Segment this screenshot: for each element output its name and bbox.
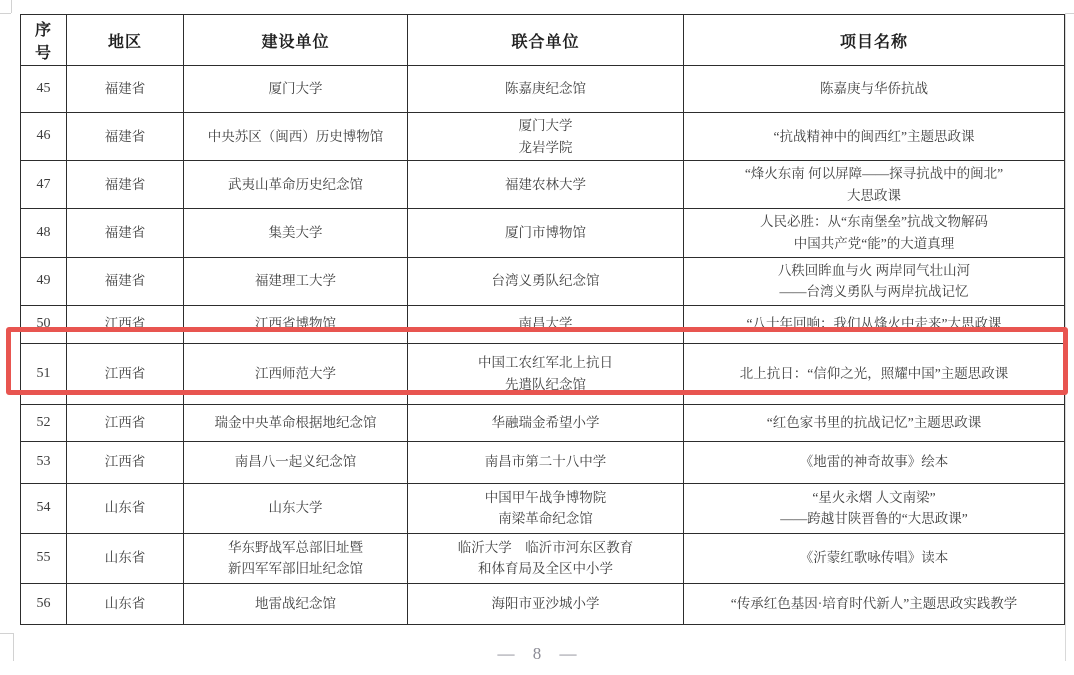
project-cell: “抗战精神中的闽西红”主题思政课 bbox=[684, 113, 1065, 161]
table-row: 47 福建省 武夷山革命历史纪念馆 福建农林大学 “烽火东南 何以屏障——探寻抗… bbox=[21, 161, 1065, 209]
partner-cell: 南昌大学 bbox=[408, 305, 684, 343]
region-cell: 山东省 bbox=[67, 533, 184, 583]
builder-cell: 江西省博物馆 bbox=[184, 305, 408, 343]
partner-cell: 中国甲午战争博物院 南梁革命纪念馆 bbox=[408, 483, 684, 533]
table-header-row: 序号 地区 建设单位 联合单位 项目名称 bbox=[21, 15, 1065, 66]
project-cell: “八十年回响：我们从烽火中走来”大思政课 bbox=[684, 305, 1065, 343]
table-row: 49 福建省 福建理工大学 台湾义勇队纪念馆 八秩回眸血与火 两岸同气壮山河 —… bbox=[21, 257, 1065, 305]
region-cell: 山东省 bbox=[67, 483, 184, 533]
header-builder: 建设单位 bbox=[184, 15, 408, 66]
crop-mark-top-left-h bbox=[0, 13, 11, 14]
text-boundary-right-line bbox=[1065, 13, 1066, 661]
row-number-cell: 49 bbox=[21, 257, 67, 305]
row-number-cell: 56 bbox=[21, 583, 67, 624]
header-project: 项目名称 bbox=[684, 15, 1065, 66]
project-cell: “星火永熠 人文南梁” ——跨越甘陕晋鲁的“大思政课” bbox=[684, 483, 1065, 533]
project-cell: 陈嘉庚与华侨抗战 bbox=[684, 66, 1065, 113]
region-cell: 江西省 bbox=[67, 441, 184, 483]
builder-cell: 华东野战军总部旧址暨 新四军军部旧址纪念馆 bbox=[184, 533, 408, 583]
project-cell: 人民必胜：从“东南堡垒”抗战文物解码 中国共产党“能”的大道真理 bbox=[684, 209, 1065, 257]
builder-cell: 地雷战纪念馆 bbox=[184, 583, 408, 624]
builder-cell: 瑞金中央革命根据地纪念馆 bbox=[184, 404, 408, 441]
row-number-cell: 50 bbox=[21, 305, 67, 343]
table-row: 53 江西省 南昌八一起义纪念馆 南昌市第二十八中学 《地雷的神奇故事》绘本 bbox=[21, 441, 1065, 483]
document-page: 序号 地区 建设单位 联合单位 项目名称 45 福建省 厦门大学 陈嘉庚纪念馆 … bbox=[0, 0, 1074, 675]
partner-cell: 厦门大学 龙岩学院 bbox=[408, 113, 684, 161]
table-row-highlighted: 51 江西省 江西师范大学 中国工农红军北上抗日 先遣队纪念馆 北上抗日：“信仰… bbox=[21, 343, 1065, 404]
project-cell: “红色家书里的抗战记忆”主题思政课 bbox=[684, 404, 1065, 441]
region-cell: 福建省 bbox=[67, 66, 184, 113]
builder-cell: 山东大学 bbox=[184, 483, 408, 533]
table-row: 45 福建省 厦门大学 陈嘉庚纪念馆 陈嘉庚与华侨抗战 bbox=[21, 66, 1065, 113]
project-cell: 八秩回眸血与火 两岸同气壮山河 ——台湾义勇队与两岸抗战记忆 bbox=[684, 257, 1065, 305]
partner-cell: 海阳市亚沙城小学 bbox=[408, 583, 684, 624]
region-cell: 福建省 bbox=[67, 161, 184, 209]
builder-cell: 南昌八一起义纪念馆 bbox=[184, 441, 408, 483]
partner-cell: 福建农林大学 bbox=[408, 161, 684, 209]
row-number-cell: 46 bbox=[21, 113, 67, 161]
crop-mark-top-right-h bbox=[1065, 13, 1074, 14]
partner-cell: 南昌市第二十八中学 bbox=[408, 441, 684, 483]
region-cell: 江西省 bbox=[67, 404, 184, 441]
table-row: 55 山东省 华东野战军总部旧址暨 新四军军部旧址纪念馆 临沂大学 临沂市河东区… bbox=[21, 533, 1065, 583]
projects-table: 序号 地区 建设单位 联合单位 项目名称 45 福建省 厦门大学 陈嘉庚纪念馆 … bbox=[20, 14, 1065, 625]
crop-mark-top-left-v bbox=[11, 0, 12, 13]
builder-cell: 福建理工大学 bbox=[184, 257, 408, 305]
table-row: 46 福建省 中央苏区（闽西）历史博物馆 厦门大学 龙岩学院 “抗战精神中的闽西… bbox=[21, 113, 1065, 161]
project-cell: 《地雷的神奇故事》绘本 bbox=[684, 441, 1065, 483]
builder-cell: 江西师范大学 bbox=[184, 343, 408, 404]
row-number-cell: 55 bbox=[21, 533, 67, 583]
page-number: — 8 — bbox=[0, 644, 1074, 664]
table-row: 50 江西省 江西省博物馆 南昌大学 “八十年回响：我们从烽火中走来”大思政课 bbox=[21, 305, 1065, 343]
partner-cell: 厦门市博物馆 bbox=[408, 209, 684, 257]
builder-cell: 厦门大学 bbox=[184, 66, 408, 113]
row-number-cell: 51 bbox=[21, 343, 67, 404]
row-number-cell: 54 bbox=[21, 483, 67, 533]
builder-cell: 中央苏区（闽西）历史博物馆 bbox=[184, 113, 408, 161]
project-cell: 《沂蒙红歌咏传唱》读本 bbox=[684, 533, 1065, 583]
region-cell: 江西省 bbox=[67, 343, 184, 404]
region-cell: 福建省 bbox=[67, 113, 184, 161]
partner-cell: 陈嘉庚纪念馆 bbox=[408, 66, 684, 113]
table-row: 54 山东省 山东大学 中国甲午战争博物院 南梁革命纪念馆 “星火永熠 人文南梁… bbox=[21, 483, 1065, 533]
row-number-cell: 47 bbox=[21, 161, 67, 209]
row-number-cell: 53 bbox=[21, 441, 67, 483]
project-cell: “烽火东南 何以屏障——探寻抗战中的闽北” 大思政课 bbox=[684, 161, 1065, 209]
row-number-cell: 48 bbox=[21, 209, 67, 257]
partner-cell: 台湾义勇队纪念馆 bbox=[408, 257, 684, 305]
header-number: 序号 bbox=[21, 15, 67, 66]
region-cell: 福建省 bbox=[67, 257, 184, 305]
partner-cell: 中国工农红军北上抗日 先遣队纪念馆 bbox=[408, 343, 684, 404]
table-row: 56 山东省 地雷战纪念馆 海阳市亚沙城小学 “传承红色基因·培育时代新人”主题… bbox=[21, 583, 1065, 624]
header-partner: 联合单位 bbox=[408, 15, 684, 66]
region-cell: 福建省 bbox=[67, 209, 184, 257]
crop-mark-bottom-left-h bbox=[0, 633, 13, 634]
project-cell: 北上抗日：“信仰之光，照耀中国”主题思政课 bbox=[684, 343, 1065, 404]
header-region: 地区 bbox=[67, 15, 184, 66]
region-cell: 山东省 bbox=[67, 583, 184, 624]
row-number-cell: 52 bbox=[21, 404, 67, 441]
partner-cell: 华融瑞金希望小学 bbox=[408, 404, 684, 441]
table-row: 48 福建省 集美大学 厦门市博物馆 人民必胜：从“东南堡垒”抗战文物解码 中国… bbox=[21, 209, 1065, 257]
row-number-cell: 45 bbox=[21, 66, 67, 113]
project-cell: “传承红色基因·培育时代新人”主题思政实践教学 bbox=[684, 583, 1065, 624]
builder-cell: 武夷山革命历史纪念馆 bbox=[184, 161, 408, 209]
builder-cell: 集美大学 bbox=[184, 209, 408, 257]
table-row: 52 江西省 瑞金中央革命根据地纪念馆 华融瑞金希望小学 “红色家书里的抗战记忆… bbox=[21, 404, 1065, 441]
partner-cell: 临沂大学 临沂市河东区教育 和体育局及全区中小学 bbox=[408, 533, 684, 583]
region-cell: 江西省 bbox=[67, 305, 184, 343]
